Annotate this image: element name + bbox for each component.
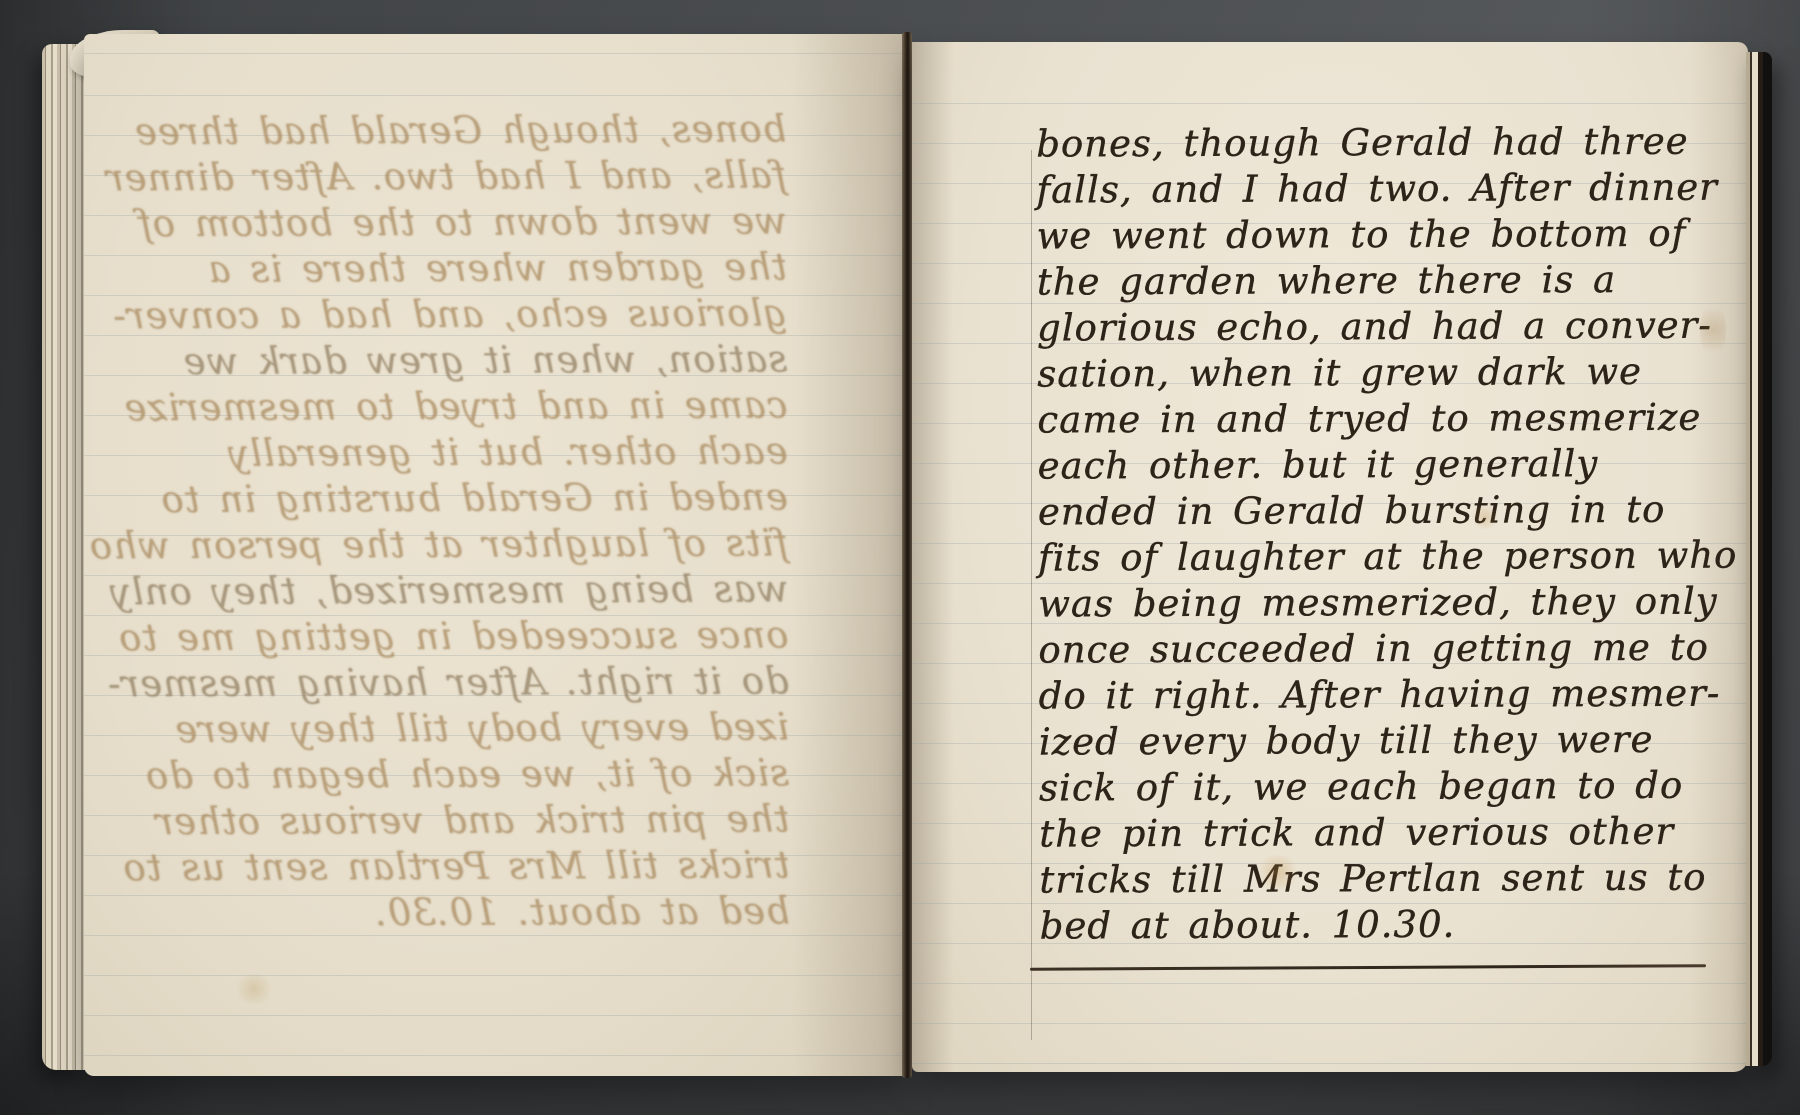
bleedthrough-line: ended in Gerald bursting in to (88, 474, 788, 523)
margin-line (1031, 150, 1032, 1040)
bleedthrough-line: the pin trick and verious other (89, 796, 789, 845)
bleedthrough-line: bones, though Gerald had three (86, 106, 786, 155)
handwriting-line: we went down to the bottom of (1037, 210, 1737, 259)
handwriting-line: the garden where there is a (1037, 256, 1737, 305)
bleedthrough-line: sick of it, we each began to do (89, 750, 789, 799)
handwriting-line: fits of laughter at the person who (1038, 532, 1738, 581)
handwriting-line: do it right. After having mesmer- (1039, 670, 1739, 719)
handwriting-line: bed at about. 10.30. (1040, 900, 1740, 949)
bleedthrough-line: once succeeded in getting me to (88, 612, 788, 661)
left-page: bones, though Gerald had three falls, an… (84, 34, 906, 1076)
bleedthrough-line: the garden where there is a (87, 244, 787, 293)
handwriting-line: ended in Gerald bursting in to (1038, 486, 1738, 535)
handwriting-line: came in and tryed to mesmerize (1037, 394, 1737, 443)
handwriting-line: sick of it, we each began to do (1039, 762, 1739, 811)
bleedthrough-line: ized every body till they were (89, 704, 789, 753)
handwriting-line: once succeeded in getting me to (1038, 624, 1738, 673)
handwriting-text-block: bones, though Gerald had three falls, an… (1036, 118, 1740, 949)
photo-background: bones, though Gerald had three falls, an… (0, 0, 1800, 1115)
entry-divider-rule (1030, 964, 1706, 971)
handwriting-line: each other. but it generally (1038, 440, 1738, 489)
bleedthrough-line: each other. but it generally (88, 428, 788, 477)
page-edge-stack-left (42, 44, 88, 1070)
bleedthrough-line: was being mesmerized, they only (88, 566, 788, 615)
handwriting-line: ized every body till they were (1039, 716, 1739, 765)
book-gutter (902, 32, 912, 1078)
bleedthrough-line: sation, when it grew dark we (87, 336, 787, 385)
handwriting-line: the pin trick and verious other (1039, 808, 1739, 857)
bleedthrough-text-block: bones, though Gerald had three falls, an… (86, 106, 790, 937)
bleedthrough-line: came in and tryed to mesmerize (87, 382, 787, 431)
handwriting-line: glorious echo, and had a conver- (1037, 302, 1737, 351)
handwriting-line: was being mesmerized, they only (1038, 578, 1738, 627)
bleedthrough-line: tricks till Mrs Pertlan sent us to (89, 842, 789, 891)
bleedthrough-line: fits of laughter at the person who (88, 520, 788, 569)
handwriting-line: sation, when it grew dark we (1037, 348, 1737, 397)
bleedthrough-line: we went down to the bottom of (87, 198, 787, 247)
handwriting-line: falls, and I had two. After dinner (1036, 164, 1736, 213)
right-page: bones, though Gerald had three falls, an… (912, 42, 1748, 1072)
handwriting-line: bones, though Gerald had three (1036, 118, 1736, 167)
handwriting-line: tricks till Mrs Pertlan sent us to (1039, 854, 1739, 903)
page-edge-stack-right (1746, 52, 1772, 1066)
bleedthrough-line: bed at about. 10.30. (90, 888, 790, 937)
paper-stain (234, 974, 274, 1004)
bleedthrough-line: glorious echo, and had a conver- (87, 290, 787, 339)
bleedthrough-line: falls, and I had two. After dinner (86, 152, 786, 201)
bleedthrough-line: do it right. After having mesmer- (89, 658, 789, 707)
